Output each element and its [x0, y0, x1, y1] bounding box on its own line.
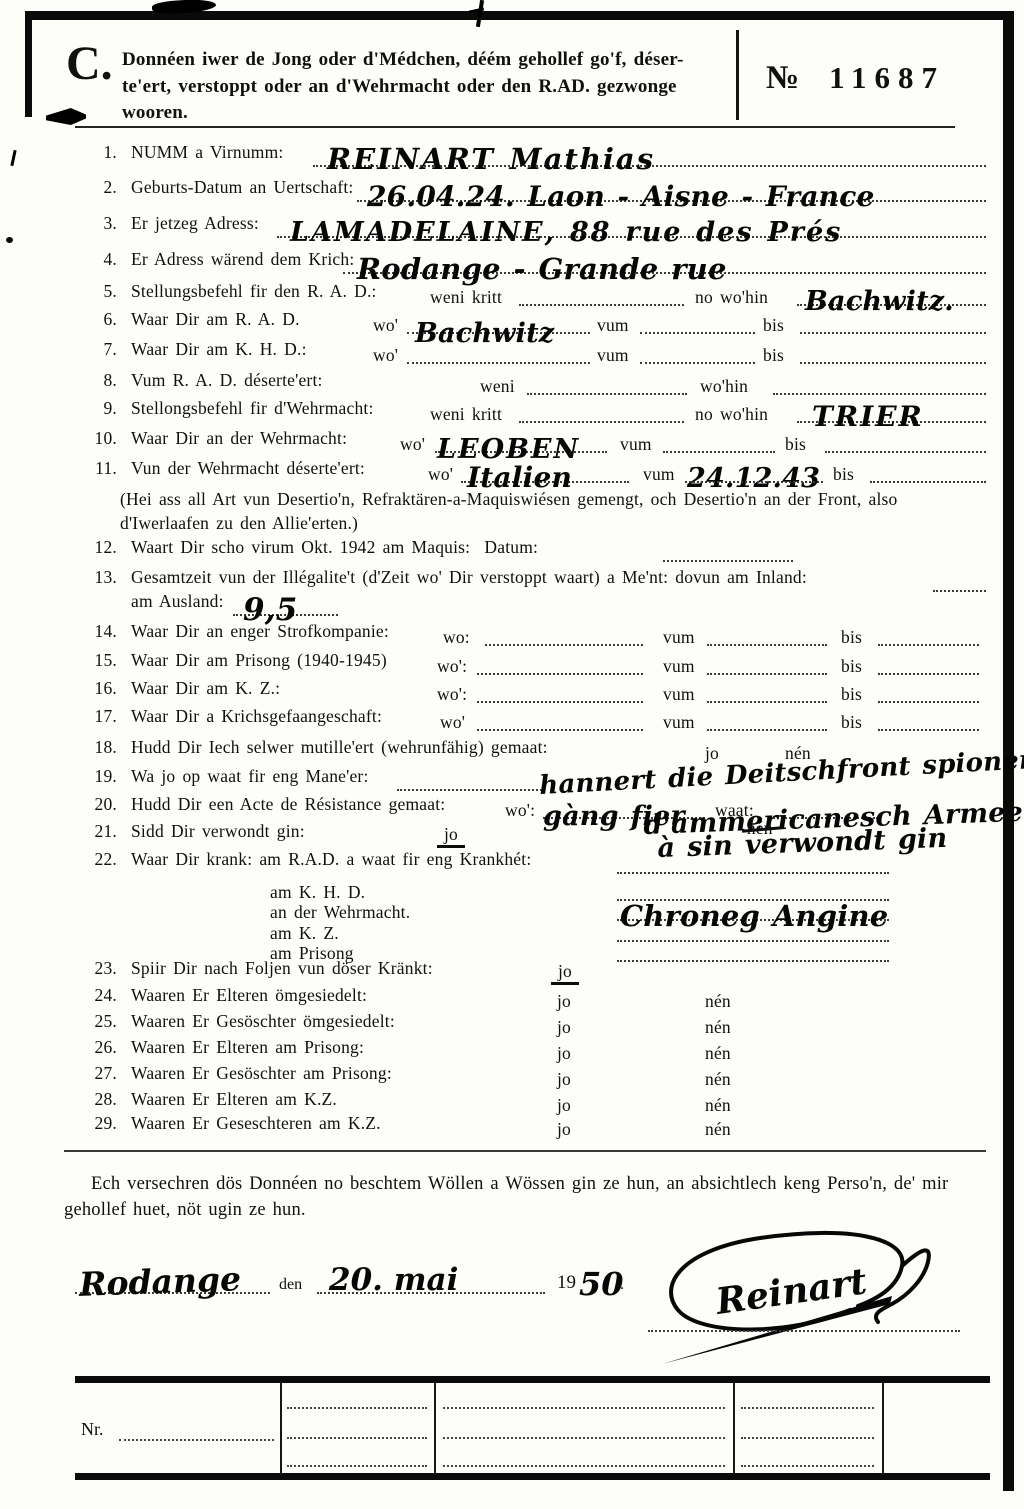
row-label: Vun der Wehrmacht déserte'ert: [131, 458, 365, 478]
wo-label: wo' [373, 315, 398, 336]
form-row-9: 9.Stellongsbefehl fir d'Wehrmacht: weni … [85, 398, 994, 428]
handwritten-answer: REINART Mathias [327, 145, 655, 174]
row-label: Sidd Dir verwondt gin: [131, 821, 305, 841]
ink-blob [46, 108, 86, 125]
answer-line [519, 421, 684, 423]
header-divider [736, 30, 739, 120]
row-number: 7. [85, 339, 117, 360]
form-row-12: 12.Waart Dir scho virum Okt. 1942 am Maq… [85, 537, 994, 567]
row-label: Gesamtzeit vun der Illégalite't (d'Zeit … [131, 567, 807, 587]
row-label: Waar Dir an enger Strofkompanie: [131, 621, 389, 641]
answer-line [707, 644, 827, 646]
vum-label: vum [663, 656, 695, 677]
page-border-left [25, 11, 32, 117]
ink-blob [10, 150, 16, 166]
answer-line [477, 701, 643, 703]
form-row-22: 22.Waar Dir krank: am R.A.D. a waat fir … [85, 849, 994, 879]
row-label: Waar Dir an der Wehrmacht: [131, 428, 347, 448]
wohin-label: wo'hin [700, 376, 748, 397]
answer-line [477, 729, 643, 731]
jo-option: jo [557, 991, 571, 1012]
wo-label: wo' [428, 464, 453, 485]
row-number: 3. [85, 213, 117, 234]
answer-line [685, 481, 823, 483]
bottom-table: Nr. [75, 1376, 990, 1480]
weni-kritt-label: weni kritt [430, 287, 502, 308]
table-divider [733, 1383, 735, 1473]
nen-option: nén [705, 991, 731, 1012]
answer-line [527, 393, 687, 395]
bis-label: bis [785, 434, 806, 455]
answer-line [825, 451, 986, 453]
form-row-4: 4.Er Adress wärend dem Krich: Rodange - … [85, 249, 994, 279]
am-ausland-label: am Ausland: [131, 591, 224, 611]
form-row-16: 16.Waar Dir am K. Z.: wo': vum bis [85, 678, 994, 708]
nen-option: nén [705, 1043, 731, 1064]
signature: Reinart [640, 1218, 1024, 1388]
answer-line [640, 332, 755, 334]
table-dotted-line [287, 1437, 427, 1439]
table-dotted-line [741, 1437, 874, 1439]
form-row-2: 2.Geburts-Datum an Uertschaft: 26.04.24.… [85, 177, 994, 207]
row-number: 2. [85, 177, 117, 198]
row-number: 5. [85, 281, 117, 302]
row-label: Waart Dir scho virum Okt. 1942 am Maquis… [131, 537, 470, 557]
row-label: Waaren Er Gesöschter am Prisong: [131, 1063, 392, 1083]
vum-label: vum [643, 464, 675, 485]
row-label: Waar Dir a Krichsgefaangeschaft: [131, 706, 382, 726]
answer-line [407, 362, 590, 364]
bis-label: bis [841, 684, 862, 705]
handwritten-place: Rodange [78, 1262, 241, 1301]
jo-option: jo [557, 1043, 571, 1064]
section-letter: C. [66, 40, 113, 88]
nr-label: Nr. [81, 1419, 104, 1440]
weni-label: weni [480, 376, 515, 397]
answer-line [663, 451, 775, 453]
row-number: 4. [85, 249, 117, 270]
wo-label: wo': [437, 684, 467, 705]
row-label: Waaren Er Geseschteren am K.Z. [131, 1113, 381, 1133]
row-number: 9. [85, 398, 117, 419]
answer-line [519, 304, 684, 306]
nen-option: nén [705, 1017, 731, 1038]
bis-label: bis [763, 345, 784, 366]
wo-label: wo' [440, 712, 465, 733]
row-number: 18. [85, 737, 117, 758]
row-label: Stellongsbefehl fir d'Wehrmacht: [131, 398, 374, 418]
wo-label: wo: [443, 627, 470, 648]
jo-option: jo [551, 961, 579, 985]
row-label: Vum R. A. D. déserte'ert: [131, 370, 323, 390]
form-row-13b: am Ausland: 9,5 [85, 591, 994, 621]
form-row-14: 14.Waar Dir an enger Strofkompanie: wo: … [85, 621, 994, 651]
no-wohin-label: no wo'hin [695, 287, 768, 308]
row-label: Er Adress wärend dem Krich: [131, 249, 354, 269]
form-row-20: 20.Hudd Dir een Acte de Résistance gemaa… [85, 794, 994, 824]
form-intro-line3: wooren. [122, 100, 730, 127]
answer-line [878, 644, 979, 646]
form-row-29: 29.Waaren Er Geseschteren am K.Z. jo nén [85, 1113, 994, 1143]
table-dotted-line [741, 1407, 874, 1409]
table-dotted-line [119, 1439, 274, 1441]
jo-option: jo [557, 1119, 571, 1140]
table-dotted-line [443, 1437, 725, 1439]
vum-label: vum [663, 712, 695, 733]
handwritten-answer: TRIER [812, 403, 924, 431]
table-dotted-line [287, 1465, 427, 1467]
jo-option: jo [437, 824, 465, 848]
form-row-11: 11.Vun der Wehrmacht déserte'ert: wo' It… [85, 458, 994, 488]
form-row-1: 1.NUMM a Virnumm: REINART Mathias [85, 142, 994, 172]
signature-line [648, 1330, 960, 1332]
scanned-form-page: C. Donnéen iwer de Jong oder d'Médchen, … [0, 0, 1024, 1509]
answer-line [397, 789, 545, 791]
vum-label: vum [663, 627, 695, 648]
form-row-19: 19.Wa jo op waat fir eng Mane'er: hanner… [85, 766, 994, 796]
answer-line [773, 393, 986, 395]
bis-label: bis [833, 464, 854, 485]
wo-label: wo': [505, 800, 535, 821]
jo-option: jo [557, 1069, 571, 1090]
row-label: Waaren Er Elteren am Prisong: [131, 1037, 364, 1057]
row-label: Hudd Dir een Acte de Résistance gemaat: [131, 794, 445, 814]
form-row-17: 17.Waar Dir a Krichsgefaangeschaft: wo' … [85, 706, 994, 736]
row-11-note: (Hei ass all Art vun Desertio'n, Refrakt… [120, 488, 986, 535]
bis-label: bis [841, 712, 862, 733]
form-row-5: 5.Stellungsbefehl fir den R. A. D.: weni… [85, 281, 994, 311]
nen-option: nén [705, 1119, 731, 1140]
answer-line [870, 481, 986, 483]
handwritten-answer: Rodange - Grande rue [357, 255, 727, 284]
form-row-3: 3.Er jetzeg Adress: LAMADELAINE, 88 rue … [85, 213, 994, 243]
answer-line [663, 560, 793, 562]
row-number: 12. [85, 537, 117, 558]
declaration-paragraph: Ech versechren dös Donnéen no beschtem W… [64, 1172, 992, 1223]
answer-line [800, 362, 986, 364]
no-wohin-label: no wo'hin [695, 404, 768, 425]
row-number: 19. [85, 766, 117, 787]
answer-line [477, 673, 643, 675]
row-number: 11. [85, 458, 117, 479]
ink-blob [6, 237, 13, 243]
form-row-21: 21.Sidd Dir verwondt gin: jo nén à sin v… [85, 821, 994, 851]
vum-label: vum [597, 345, 629, 366]
row-label: Wa jo op waat fir eng Mane'er: [131, 766, 369, 786]
row-number: 23. [85, 958, 117, 979]
table-dotted-line [741, 1465, 874, 1467]
form-row-6: 6.Waar Dir am R. A. D. wo' Bachwitz vum … [85, 309, 994, 339]
row-number: 22. [85, 849, 117, 870]
jo-option: jo [557, 1017, 571, 1038]
answer-line [640, 362, 755, 364]
handwritten-year: 50 [579, 1268, 624, 1300]
row-number: 8. [85, 370, 117, 391]
form-intro-line1: Donnéen iwer de Jong oder d'Médchen, déé… [122, 47, 730, 74]
answer-line [878, 729, 979, 731]
row-label: Waaren Er Elteren ömgesiedelt: [131, 985, 367, 1005]
nen-option: nén [705, 1069, 731, 1090]
table-dotted-line [443, 1465, 725, 1467]
handwritten-answer: LAMADELAINE, 88 rue des Prés [290, 219, 842, 246]
vum-label: vum [663, 684, 695, 705]
year-printed: 19 [557, 1272, 576, 1294]
answer-line [878, 701, 979, 703]
section-divider-rule [64, 1150, 986, 1152]
datum-label: Datum: [484, 537, 538, 557]
bis-label: bis [841, 627, 862, 648]
row-number: 24. [85, 985, 117, 1006]
answer-line [485, 644, 643, 646]
wo-label: wo': [437, 656, 467, 677]
table-divider [434, 1383, 436, 1473]
form-row-8: 8.Vum R. A. D. déserte'ert: weni wo'hin [85, 370, 994, 400]
handwritten-date: 20. mai [329, 1265, 458, 1296]
form-intro: Donnéen iwer de Jong oder d'Médchen, déé… [122, 47, 730, 127]
row-number: 13. [85, 567, 117, 588]
row-label: Waaren Er Elteren am K.Z. [131, 1089, 337, 1109]
year-period: . [620, 1276, 624, 1294]
form-number: №11687 [766, 60, 945, 97]
row-label: Waaren Er Gesöschter ömgesiedelt: [131, 1011, 395, 1031]
answer-line [878, 673, 979, 675]
answer-line [800, 332, 986, 334]
vum-label: vum [620, 434, 652, 455]
row-label: Spiir Dir nach Foljen vun döser Kränkt: [131, 958, 433, 978]
row-label: Waar Dir am Prisong (1940-1945) [131, 650, 387, 670]
form-number-value: 11687 [829, 60, 945, 95]
row-number: 25. [85, 1011, 117, 1032]
row-number: 26. [85, 1037, 117, 1058]
row-number: 10. [85, 428, 117, 449]
row-label: Waar Dir am R. A. D. [131, 309, 300, 329]
form-row-10: 10.Waar Dir an der Wehrmacht: wo' LEOBEN… [85, 428, 994, 458]
row-number: 14. [85, 621, 117, 642]
answer-line [617, 872, 889, 874]
row-number: 17. [85, 706, 117, 727]
form-intro-line2: te'ert, verstoppt oder an d'Wehrmacht od… [122, 74, 730, 101]
answer-line [707, 701, 827, 703]
table-dotted-line [287, 1407, 427, 1409]
table-divider [280, 1383, 282, 1473]
row-label: Waar Dir krank: am R.A.D. a waat fir eng… [131, 849, 531, 869]
weni-kritt-label: weni kritt [430, 404, 502, 425]
form-row-15: 15.Waar Dir am Prisong (1940-1945) wo': … [85, 650, 994, 680]
row-number: 16. [85, 678, 117, 699]
row-number: 21. [85, 821, 117, 842]
bis-label: bis [763, 315, 784, 336]
table-dotted-line [443, 1407, 725, 1409]
date-line: Rodange den 20. mai 19 50 . [75, 1252, 635, 1304]
row-label: Waar Dir am K. Z.: [131, 678, 280, 698]
row-number: 20. [85, 794, 117, 815]
row-label: Stellungsbefehl fir den R. A. D.: [131, 281, 377, 301]
bis-label: bis [841, 656, 862, 677]
row-label: Geburts-Datum an Uertschaft: [131, 177, 353, 197]
row-label: Waar Dir am K. H. D.: [131, 339, 307, 359]
form-row-7: 7.Waar Dir am K. H. D.: wo' vum bis [85, 339, 994, 369]
row-number: 1. [85, 142, 117, 163]
answer-line [707, 729, 827, 731]
numero-sign: № [766, 60, 799, 96]
wo-label: wo' [400, 434, 425, 455]
table-divider [882, 1383, 884, 1473]
row-label: NUMM a Virnumm: [131, 142, 283, 162]
header-rule [75, 126, 955, 128]
handwritten-answer: 26.04.24. Laon - Aisne - France [367, 183, 874, 211]
row-number: 6. [85, 309, 117, 330]
row-label: Er jetzeg Adress: [131, 213, 259, 233]
vum-label: vum [597, 315, 629, 336]
form-row-23: 23.Spiir Dir nach Foljen vun döser Kränk… [85, 958, 994, 988]
row-number: 27. [85, 1063, 117, 1084]
row-number: 15. [85, 650, 117, 671]
row-label: Hudd Dir Iech selwer mutille'ert (wehrun… [131, 737, 548, 757]
row-number: 28. [85, 1089, 117, 1110]
wo-label: wo' [373, 345, 398, 366]
den-label: den [279, 1276, 302, 1294]
answer-line [707, 673, 827, 675]
row-number: 29. [85, 1113, 117, 1134]
